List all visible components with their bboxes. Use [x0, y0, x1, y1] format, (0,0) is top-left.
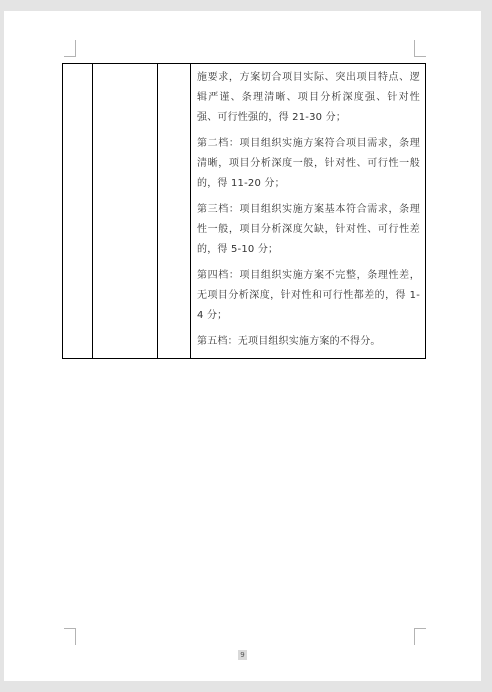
criteria-paragraph-1: 施要求，方案切合项目实际、突出项目特点、逻辑严谨、条理清晰、项目分析深度强、针对… — [197, 68, 420, 128]
criteria-paragraph-2: 第二档：项目组织实施方案符合项目需求，条理清晰，项目分析深度一般，针对性、可行性… — [197, 134, 420, 194]
table-row: 施要求，方案切合项目实际、突出项目特点、逻辑严谨、条理清晰、项目分析深度强、针对… — [63, 64, 426, 359]
table-cell-empty-3 — [158, 64, 191, 359]
margin-mark-top-right-icon — [414, 40, 426, 57]
table-cell-empty-1 — [63, 64, 93, 359]
table-cell-criteria: 施要求，方案切合项目实际、突出项目特点、逻辑严谨、条理清晰、项目分析深度强、针对… — [191, 64, 426, 359]
criteria-paragraph-5: 第五档：无项目组织实施方案的不得分。 — [197, 332, 420, 352]
margin-mark-top-left-icon — [64, 40, 76, 57]
page-number: 9 — [238, 650, 246, 660]
document-canvas: 施要求，方案切合项目实际、突出项目特点、逻辑严谨、条理清晰、项目分析深度强、针对… — [0, 0, 492, 692]
criteria-paragraph-4: 第四档：项目组织实施方案不完整，条理性差，无项目分析深度，针对性和可行性都差的，… — [197, 266, 420, 326]
criteria-paragraph-3: 第三档：项目组织实施方案基本符合需求，条理性一般，项目分析深度欠缺，针对性、可行… — [197, 200, 420, 260]
page-footer: 9 — [4, 642, 481, 661]
document-page: 施要求，方案切合项目实际、突出项目特点、逻辑严谨、条理清晰、项目分析深度强、针对… — [4, 11, 481, 681]
table-cell-empty-2 — [93, 64, 158, 359]
evaluation-table: 施要求，方案切合项目实际、突出项目特点、逻辑严谨、条理清晰、项目分析深度强、针对… — [62, 63, 426, 359]
